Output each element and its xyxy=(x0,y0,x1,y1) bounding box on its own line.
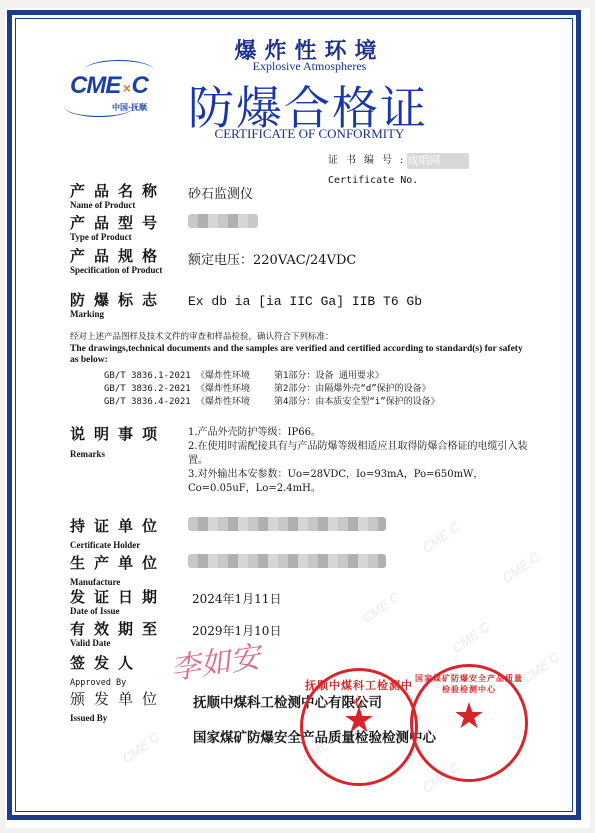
field-product-spec: 产品规格 Specification of Product xyxy=(70,248,166,276)
label-cn: 说明事项 xyxy=(70,426,166,443)
standard-row: GB/T 3836.2-2021《爆炸性环境第2部分：由隔爆外壳“d”保护的设备… xyxy=(104,381,431,394)
remarks-list: 1.产品外壳防护等级：IP66。 2.在使用时需配接具有与产品防爆等级相适应且取… xyxy=(188,426,528,496)
label-en: Marking xyxy=(70,309,166,320)
standard-title: 《爆炸性环境 xyxy=(196,381,274,394)
standard-code: GB/T 3836.1-2021 xyxy=(104,371,196,381)
standard-part: 第1部分：设备 通用要求》 xyxy=(274,371,384,381)
stamp-text: 国家煤矿防爆安全产品质量检验检测中心 xyxy=(413,673,525,695)
manufacturer-redacted xyxy=(188,554,386,568)
field-valid-date: 有效期至 Valid Date xyxy=(70,621,166,649)
cert-no-value: 成唱网 xyxy=(407,153,469,169)
field-product-name: 产品名称 Name of Product xyxy=(70,183,166,211)
product-name-value: 砂石监测仪 xyxy=(188,183,253,202)
label-en: Valid Date xyxy=(70,638,166,649)
label-cn: 颁发单位 xyxy=(70,691,166,708)
label-cn: 发证日期 xyxy=(70,589,166,606)
remark-item: 3.对外输出本安参数：Uo=28VDC，Io=93mA，Po=650mW，Co=… xyxy=(188,468,528,496)
page-subtitle: CERTIFICATE OF CONFORMITY xyxy=(0,126,595,142)
label-cn: 产品规格 xyxy=(70,248,166,265)
logo-x-icon: × xyxy=(122,80,129,96)
label-en: Certificate Holder xyxy=(70,540,166,551)
label-en: Type of Product xyxy=(70,232,166,243)
standard-title: 《爆炸性环境 xyxy=(196,368,274,381)
verification-en: The drawings,technical documents and the… xyxy=(70,344,530,367)
standard-part: 第4部分：由本质安全型“i”保护的设备》 xyxy=(274,397,440,407)
remark-item: 1.产品外壳防护等级：IP66。 xyxy=(188,426,528,440)
field-manufacturer: 生产单位 Manufacture xyxy=(70,555,166,588)
standard-code: GB/T 3836.2-2021 xyxy=(104,384,196,394)
label-cn: 生产单位 xyxy=(70,555,166,572)
label-cn: 有效期至 xyxy=(70,621,166,638)
field-product-type: 产品型号 Type of Product xyxy=(70,215,166,243)
standard-code: GB/T 3836.4-2021 xyxy=(104,397,196,407)
label-en: Remarks xyxy=(70,449,166,460)
field-approved-by: 签发人 Approved By xyxy=(70,655,142,689)
standard-title: 《爆炸性环境 xyxy=(196,394,274,407)
logo-c: C xyxy=(132,72,148,99)
field-issue-date: 发证日期 Date of Issue xyxy=(70,589,166,617)
logo-subtitle: 中国·抚顺 xyxy=(112,102,147,113)
official-stamp-2: 国家煤矿防爆安全产品质量检验检测中心 ★ xyxy=(410,664,528,782)
standard-part: 第2部分：由隔爆外壳“d”保护的设备》 xyxy=(274,384,431,394)
standard-row: GB/T 3836.4-2021《爆炸性环境第4部分：由本质安全型“i”保护的设… xyxy=(104,394,440,407)
marking-value: Ex db ia [ia IIC Ga] IIB T6 Gb xyxy=(188,294,422,309)
field-marking: 防爆标志 Marking xyxy=(70,292,166,320)
cert-no-label-cn: 证书编号: xyxy=(328,155,411,166)
remark-item: 2.在使用时需配接具有与产品防爆等级相适应且取得防爆合格证的电缆引入装置。 xyxy=(188,440,528,468)
label-en: Manufacture xyxy=(70,577,166,588)
field-issued-by: 颁发单位 Issued By xyxy=(70,691,166,724)
field-remarks: 说明事项 Remarks xyxy=(70,426,166,460)
product-type-redacted xyxy=(188,214,258,228)
standard-row: GB/T 3836.1-2021《爆炸性环境第1部分：设备 通用要求》 xyxy=(104,368,384,381)
label-cn: 产品型号 xyxy=(70,215,166,232)
issue-date-value: 2024年1月11日 xyxy=(192,590,281,607)
label-en: Approved By xyxy=(70,678,142,689)
label-cn: 签发人 xyxy=(70,655,142,672)
star-icon: ★ xyxy=(413,697,525,737)
official-stamp-1: 抚顺中煤科工检测中心 ★ xyxy=(300,668,418,786)
star-icon: ★ xyxy=(303,701,415,741)
label-en: Date of Issue xyxy=(70,606,166,617)
logo-text: CME xyxy=(70,72,120,99)
label-en: Specification of Product xyxy=(70,265,166,276)
cert-no-label-en: Certificate No. xyxy=(328,175,469,186)
label-cn: 产品名称 xyxy=(70,183,166,200)
holder-redacted xyxy=(188,517,386,531)
certificate-number: 证书编号:成唱网 Certificate No. xyxy=(328,151,469,186)
label-en: Name of Product xyxy=(70,200,166,211)
product-spec-value: 额定电压：220VAC/24VDC xyxy=(188,249,356,268)
label-cn: 持证单位 xyxy=(70,518,166,535)
label-cn: 防爆标志 xyxy=(70,292,166,309)
field-certificate-holder: 持证单位 Certificate Holder xyxy=(70,518,166,551)
verification-cn: 经对上述产品图样及技术文件的审查和样品检验，确认符合下列标准： xyxy=(70,332,530,344)
label-en: Issued By xyxy=(70,713,166,724)
verification-statement: 经对上述产品图样及技术文件的审查和样品检验，确认符合下列标准： The draw… xyxy=(70,332,530,367)
